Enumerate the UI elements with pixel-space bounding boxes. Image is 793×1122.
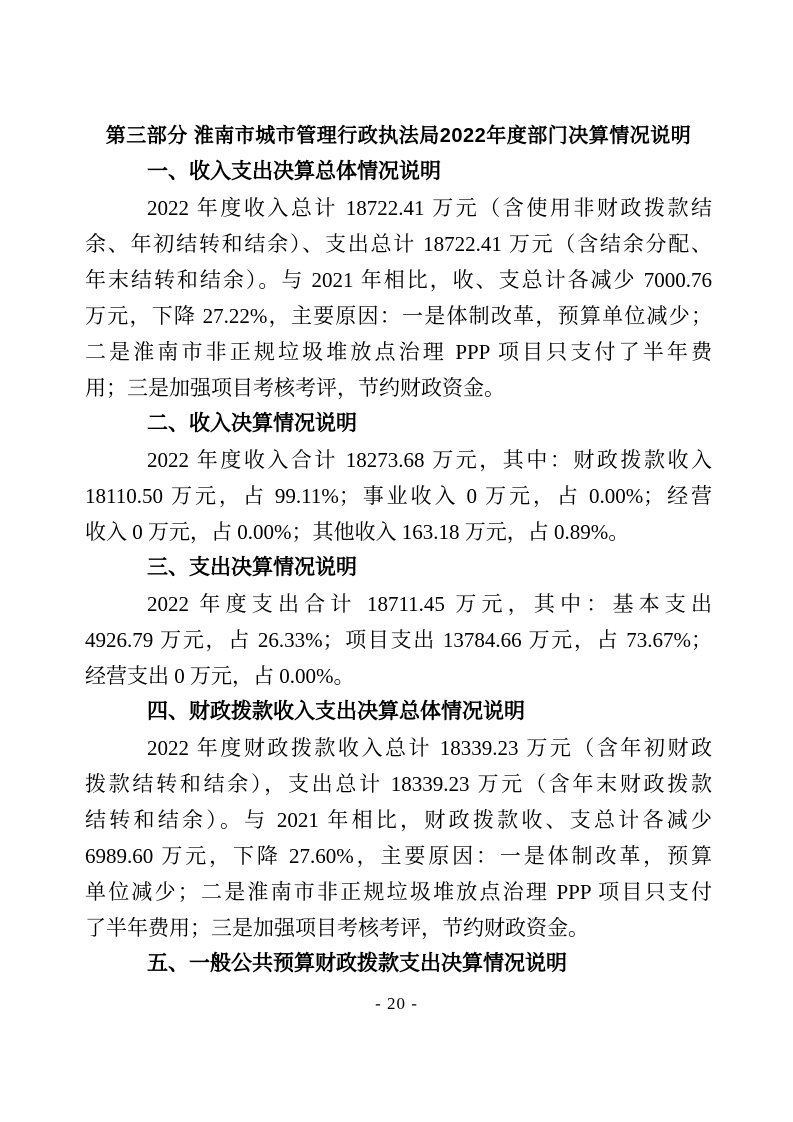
paragraph-line: 收入 0 万元，占 0.00%；其他收入 163.18 万元，占 0.89%。 bbox=[85, 514, 712, 550]
paragraph-line: 2022 年度支出合计 18711.45 万元，其中：基本支出 bbox=[85, 586, 712, 622]
section-heading: 二、收入决算情况说明 bbox=[85, 406, 712, 442]
paragraph-line: 6989.60 万元，下降 27.60%，主要原因：一是体制改革，预算 bbox=[85, 838, 712, 874]
document-content: 第三部分 淮南市城市管理行政执法局2022年度部门决算情况说明一、收入支出决算总… bbox=[85, 118, 712, 982]
section-heading: 三、支出决算情况说明 bbox=[85, 550, 712, 586]
paragraph: 2022 年度支出合计 18711.45 万元，其中：基本支出4926.79 万… bbox=[85, 586, 712, 694]
paragraph: 2022 年度收入合计 18273.68 万元，其中：财政拨款收入18110.5… bbox=[85, 442, 712, 550]
section-heading: 四、财政拨款收入支出决算总体情况说明 bbox=[85, 694, 712, 730]
paragraph: 2022 年度财政拨款收入总计 18339.23 万元（含年初财政拨款结转和结余… bbox=[85, 730, 712, 946]
document-title: 第三部分 淮南市城市管理行政执法局2022年度部门决算情况说明 bbox=[85, 118, 712, 154]
paragraph-line: 用；三是加强项目考核考评，节约财政资金。 bbox=[85, 370, 712, 406]
paragraph-line: 年末结转和结余）。与 2021 年相比，收、支总计各减少 7000.76 bbox=[85, 262, 712, 298]
paragraph-line: 了半年费用；三是加强项目考核考评，节约财政资金。 bbox=[85, 910, 712, 946]
paragraph-line: 2022 年度财政拨款收入总计 18339.23 万元（含年初财政 bbox=[85, 730, 712, 766]
paragraph-line: 单位减少；二是淮南市非正规垃圾堆放点治理 PPP 项目只支付 bbox=[85, 874, 712, 910]
page-number: - 20 - bbox=[0, 986, 793, 1022]
paragraph-line: 二是淮南市非正规垃圾堆放点治理 PPP 项目只支付了半年费 bbox=[85, 334, 712, 370]
paragraph-line: 4926.79 万元，占 26.33%；项目支出 13784.66 万元，占 7… bbox=[85, 622, 712, 658]
document-page: 第三部分 淮南市城市管理行政执法局2022年度部门决算情况说明一、收入支出决算总… bbox=[0, 0, 793, 1122]
paragraph: 2022 年度收入总计 18722.41 万元（含使用非财政拨款结余、年初结转和… bbox=[85, 190, 712, 406]
paragraph-line: 18110.50 万元，占 99.11%；事业收入 0 万元，占 0.00%；经… bbox=[85, 478, 712, 514]
paragraph-line: 2022 年度收入合计 18273.68 万元，其中：财政拨款收入 bbox=[85, 442, 712, 478]
paragraph-line: 余、年初结转和结余）、支出总计 18722.41 万元（含结余分配、 bbox=[85, 226, 712, 262]
paragraph-line: 2022 年度收入总计 18722.41 万元（含使用非财政拨款结 bbox=[85, 190, 712, 226]
section-heading: 五、一般公共预算财政拨款支出决算情况说明 bbox=[85, 946, 712, 982]
paragraph-line: 结转和结余）。与 2021 年相比，财政拨款收、支总计各减少 bbox=[85, 802, 712, 838]
paragraph-line: 万元，下降 27.22%，主要原因：一是体制改革，预算单位减少； bbox=[85, 298, 712, 334]
paragraph-line: 拨款结转和结余），支出总计 18339.23 万元（含年末财政拨款 bbox=[85, 766, 712, 802]
section-heading: 一、收入支出决算总体情况说明 bbox=[85, 154, 712, 190]
paragraph-line: 经营支出 0 万元，占 0.00%。 bbox=[85, 658, 712, 694]
